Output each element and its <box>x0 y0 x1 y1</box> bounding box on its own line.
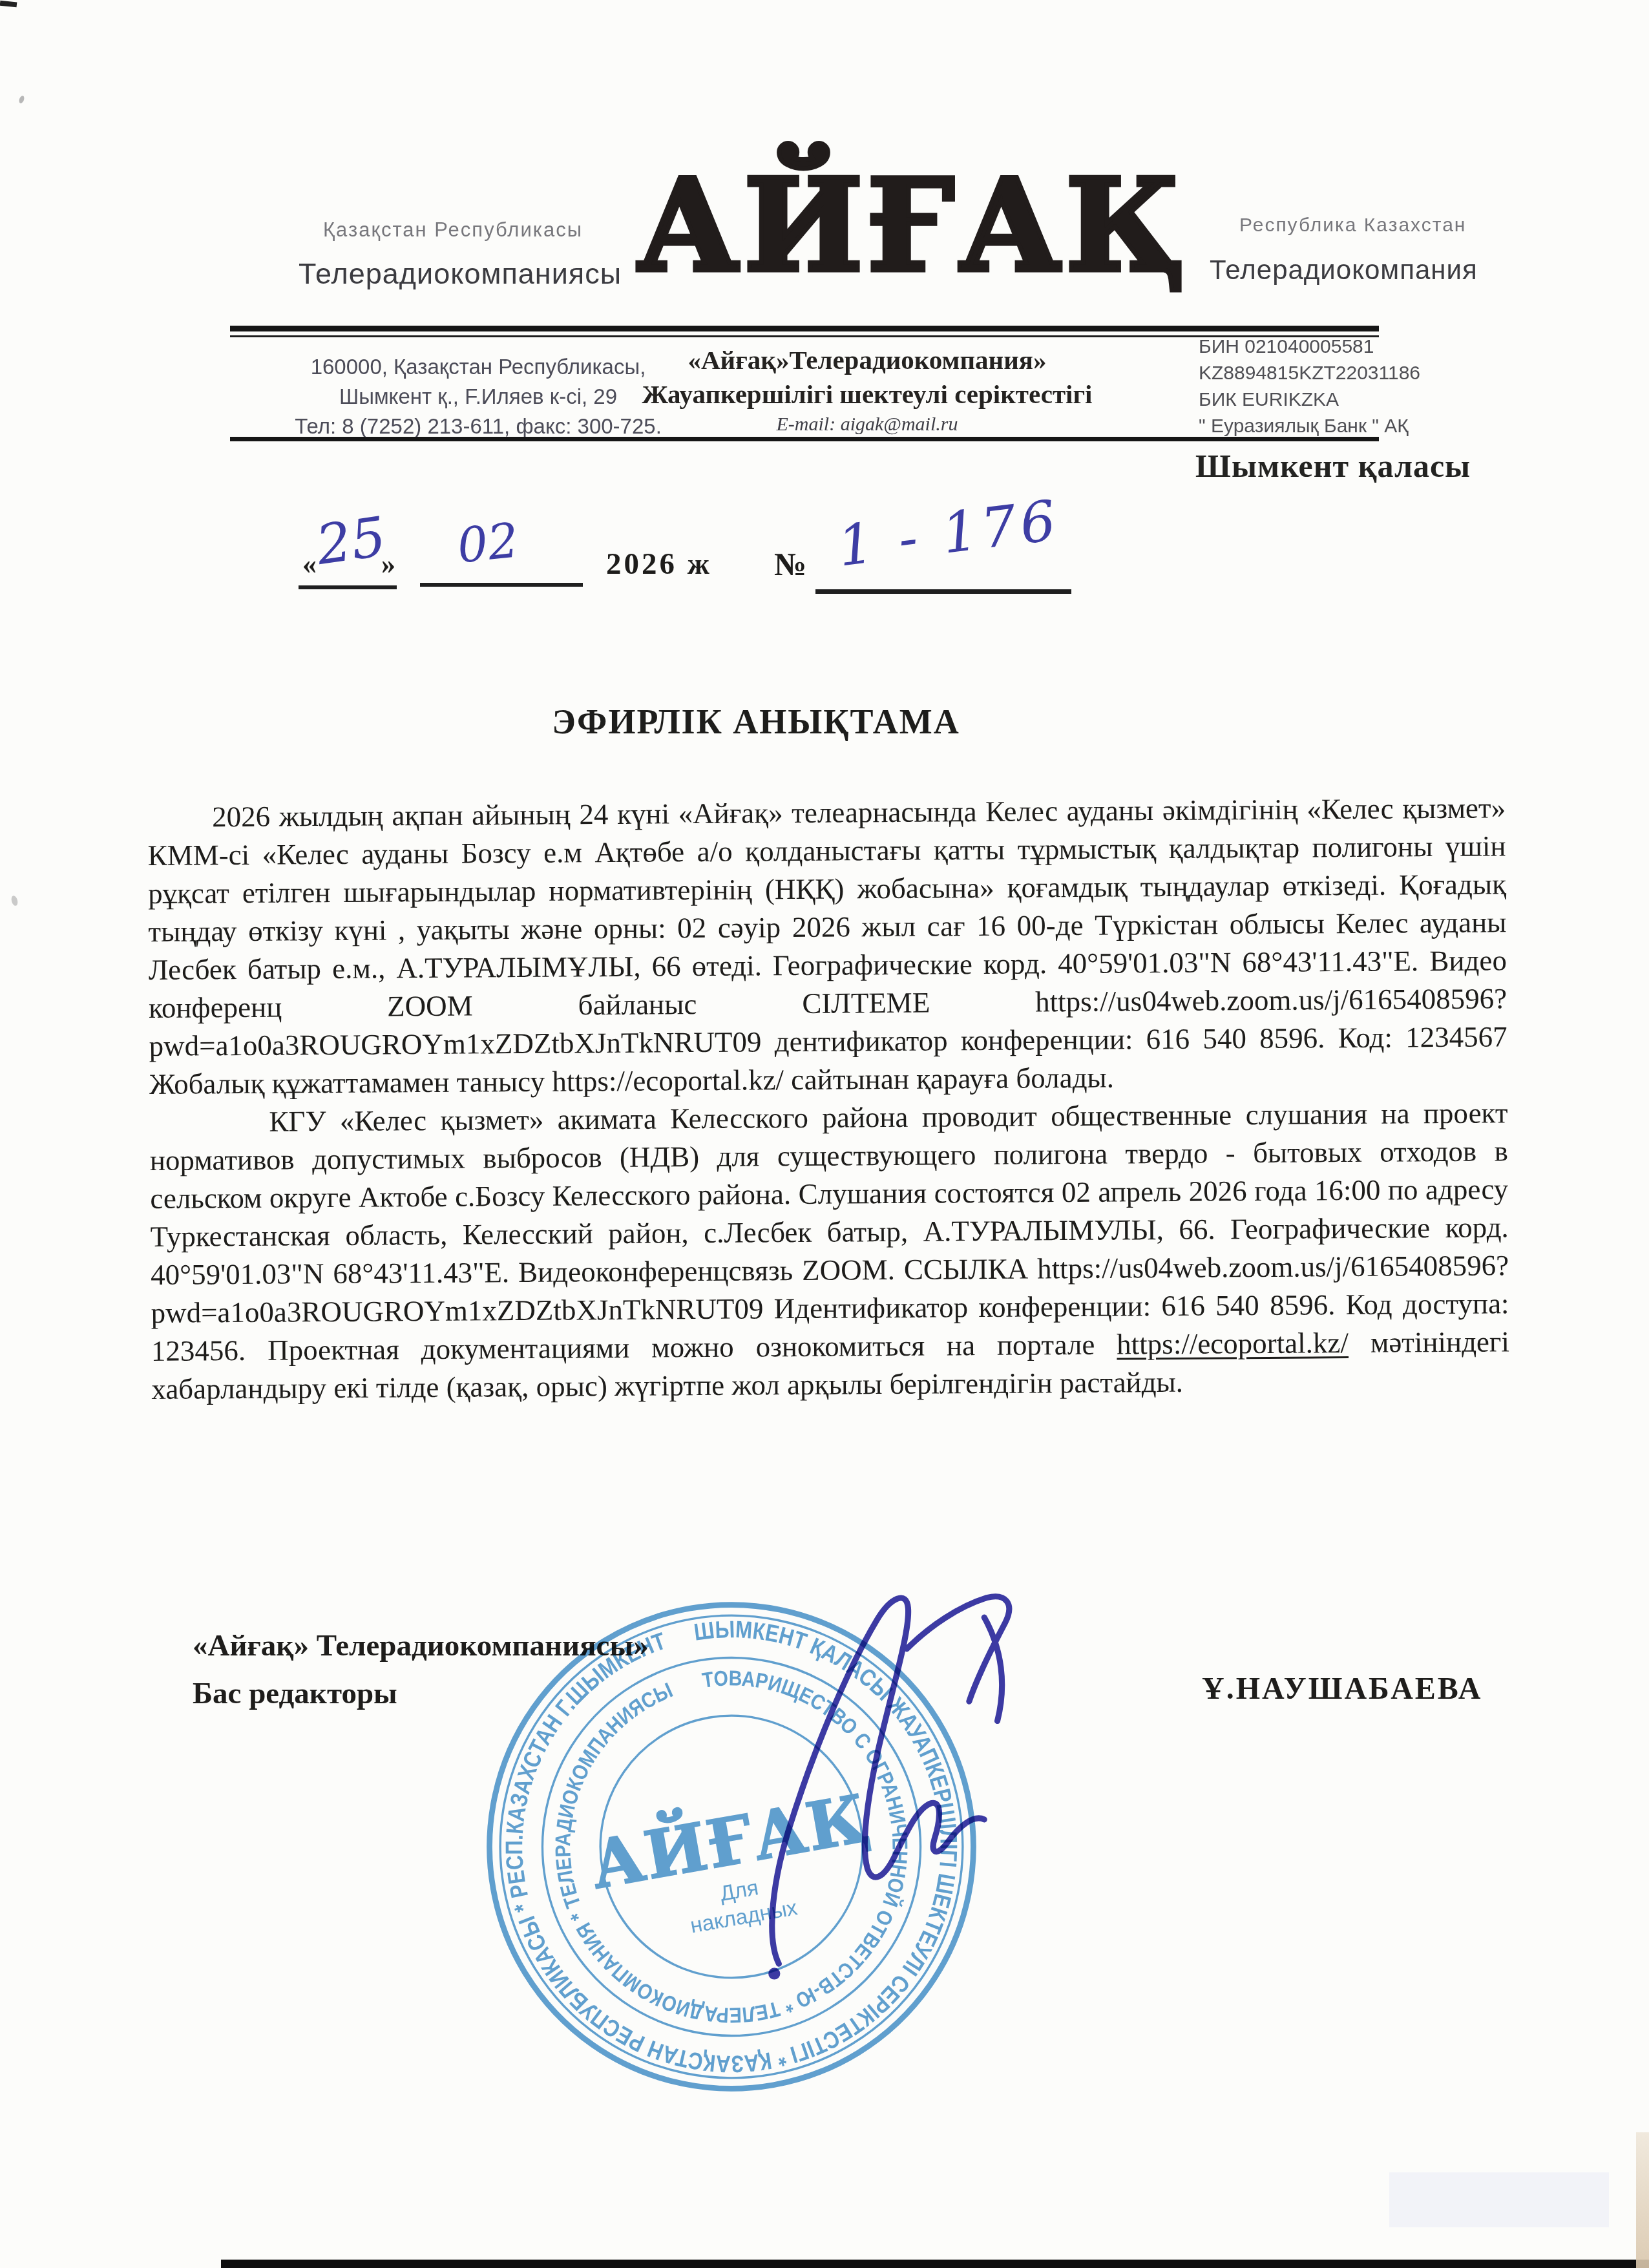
scan-artifact-right-strip <box>1636 2132 1649 2268</box>
header-left-company-type: Телерадиокомпаниясы <box>299 257 622 291</box>
signature-ink-dot <box>768 1968 780 1979</box>
handwritten-day: 25 <box>313 505 390 577</box>
scan-artifact-speck <box>18 95 25 104</box>
header-left-country: Қазақстан Республикасы <box>323 218 583 242</box>
handwritten-month: 02 <box>455 512 521 574</box>
scan-artifact-bottom-bar <box>221 2260 1649 2268</box>
document-title: ЭФИРЛІК АНЫҚТАМА <box>149 702 1363 742</box>
company-name-line: «Айғақ»Телерадиокомпания» <box>654 344 1080 375</box>
paragraph-kazakh: 2026 жылдың ақпан айының 24 күні «Айғақ»… <box>147 789 1507 1104</box>
date-close-quote: » <box>381 548 395 581</box>
handwritten-signature <box>742 1570 1039 1997</box>
signature-role: Бас редакторы <box>193 1676 397 1711</box>
company-email: E-mail: aigak@mail.ru <box>712 414 1022 436</box>
handwritten-document-number: 1 - 176 <box>834 488 1063 579</box>
document-body: 2026 жылдың ақпан айының 24 күні «Айғақ»… <box>147 789 1510 1409</box>
scan-artifact-speck <box>10 895 19 907</box>
date-day-underline <box>299 585 397 589</box>
header-divider-bottom <box>230 437 1379 441</box>
city-label: Шымкент қаласы <box>1195 447 1471 485</box>
header-right-country: Республика Казахстан <box>1239 215 1466 236</box>
company-legal-form: Жауапкершілігі шектеулі серіктестігі <box>641 379 1093 410</box>
date-month-underline <box>420 583 583 587</box>
company-logo-text: АЙҒАҚ <box>636 163 1189 289</box>
address-line-1: 160000, Қазақстан Республикасы, <box>239 352 717 382</box>
bank-bik: БИК EURIKZKA <box>1199 386 1420 413</box>
ecoportal-link: https://ecoportal.kz/ <box>1117 1327 1349 1361</box>
date-open-quote: « <box>302 548 317 581</box>
document-number-underline <box>815 589 1071 594</box>
header-right-company-type: Телерадиокомпания <box>1210 255 1478 286</box>
bank-iban: KZ8894815KZT22031186 <box>1199 360 1420 386</box>
scan-artifact-right-patch <box>1389 2172 1609 2227</box>
scanned-letter-page: Қазақстан Республикасы Телерадиокомпания… <box>0 0 1649 2268</box>
date-year-label: 2026 ж <box>606 547 712 582</box>
document-number-sign: № <box>774 545 806 583</box>
bank-details: БИН 021040005581 KZ8894815KZT22031186 БИ… <box>1199 333 1420 439</box>
signature-name: Ұ.НАУШАБАЕВА <box>1202 1671 1482 1706</box>
scan-artifact-corner-mark <box>0 1 17 8</box>
bank-bin: БИН 021040005581 <box>1199 333 1420 360</box>
bank-name: " Еуразиялық Банк " АҚ <box>1199 413 1420 439</box>
paragraph-russian: КГУ «Келес қызмет» акимата Келесского ра… <box>149 1094 1509 1409</box>
